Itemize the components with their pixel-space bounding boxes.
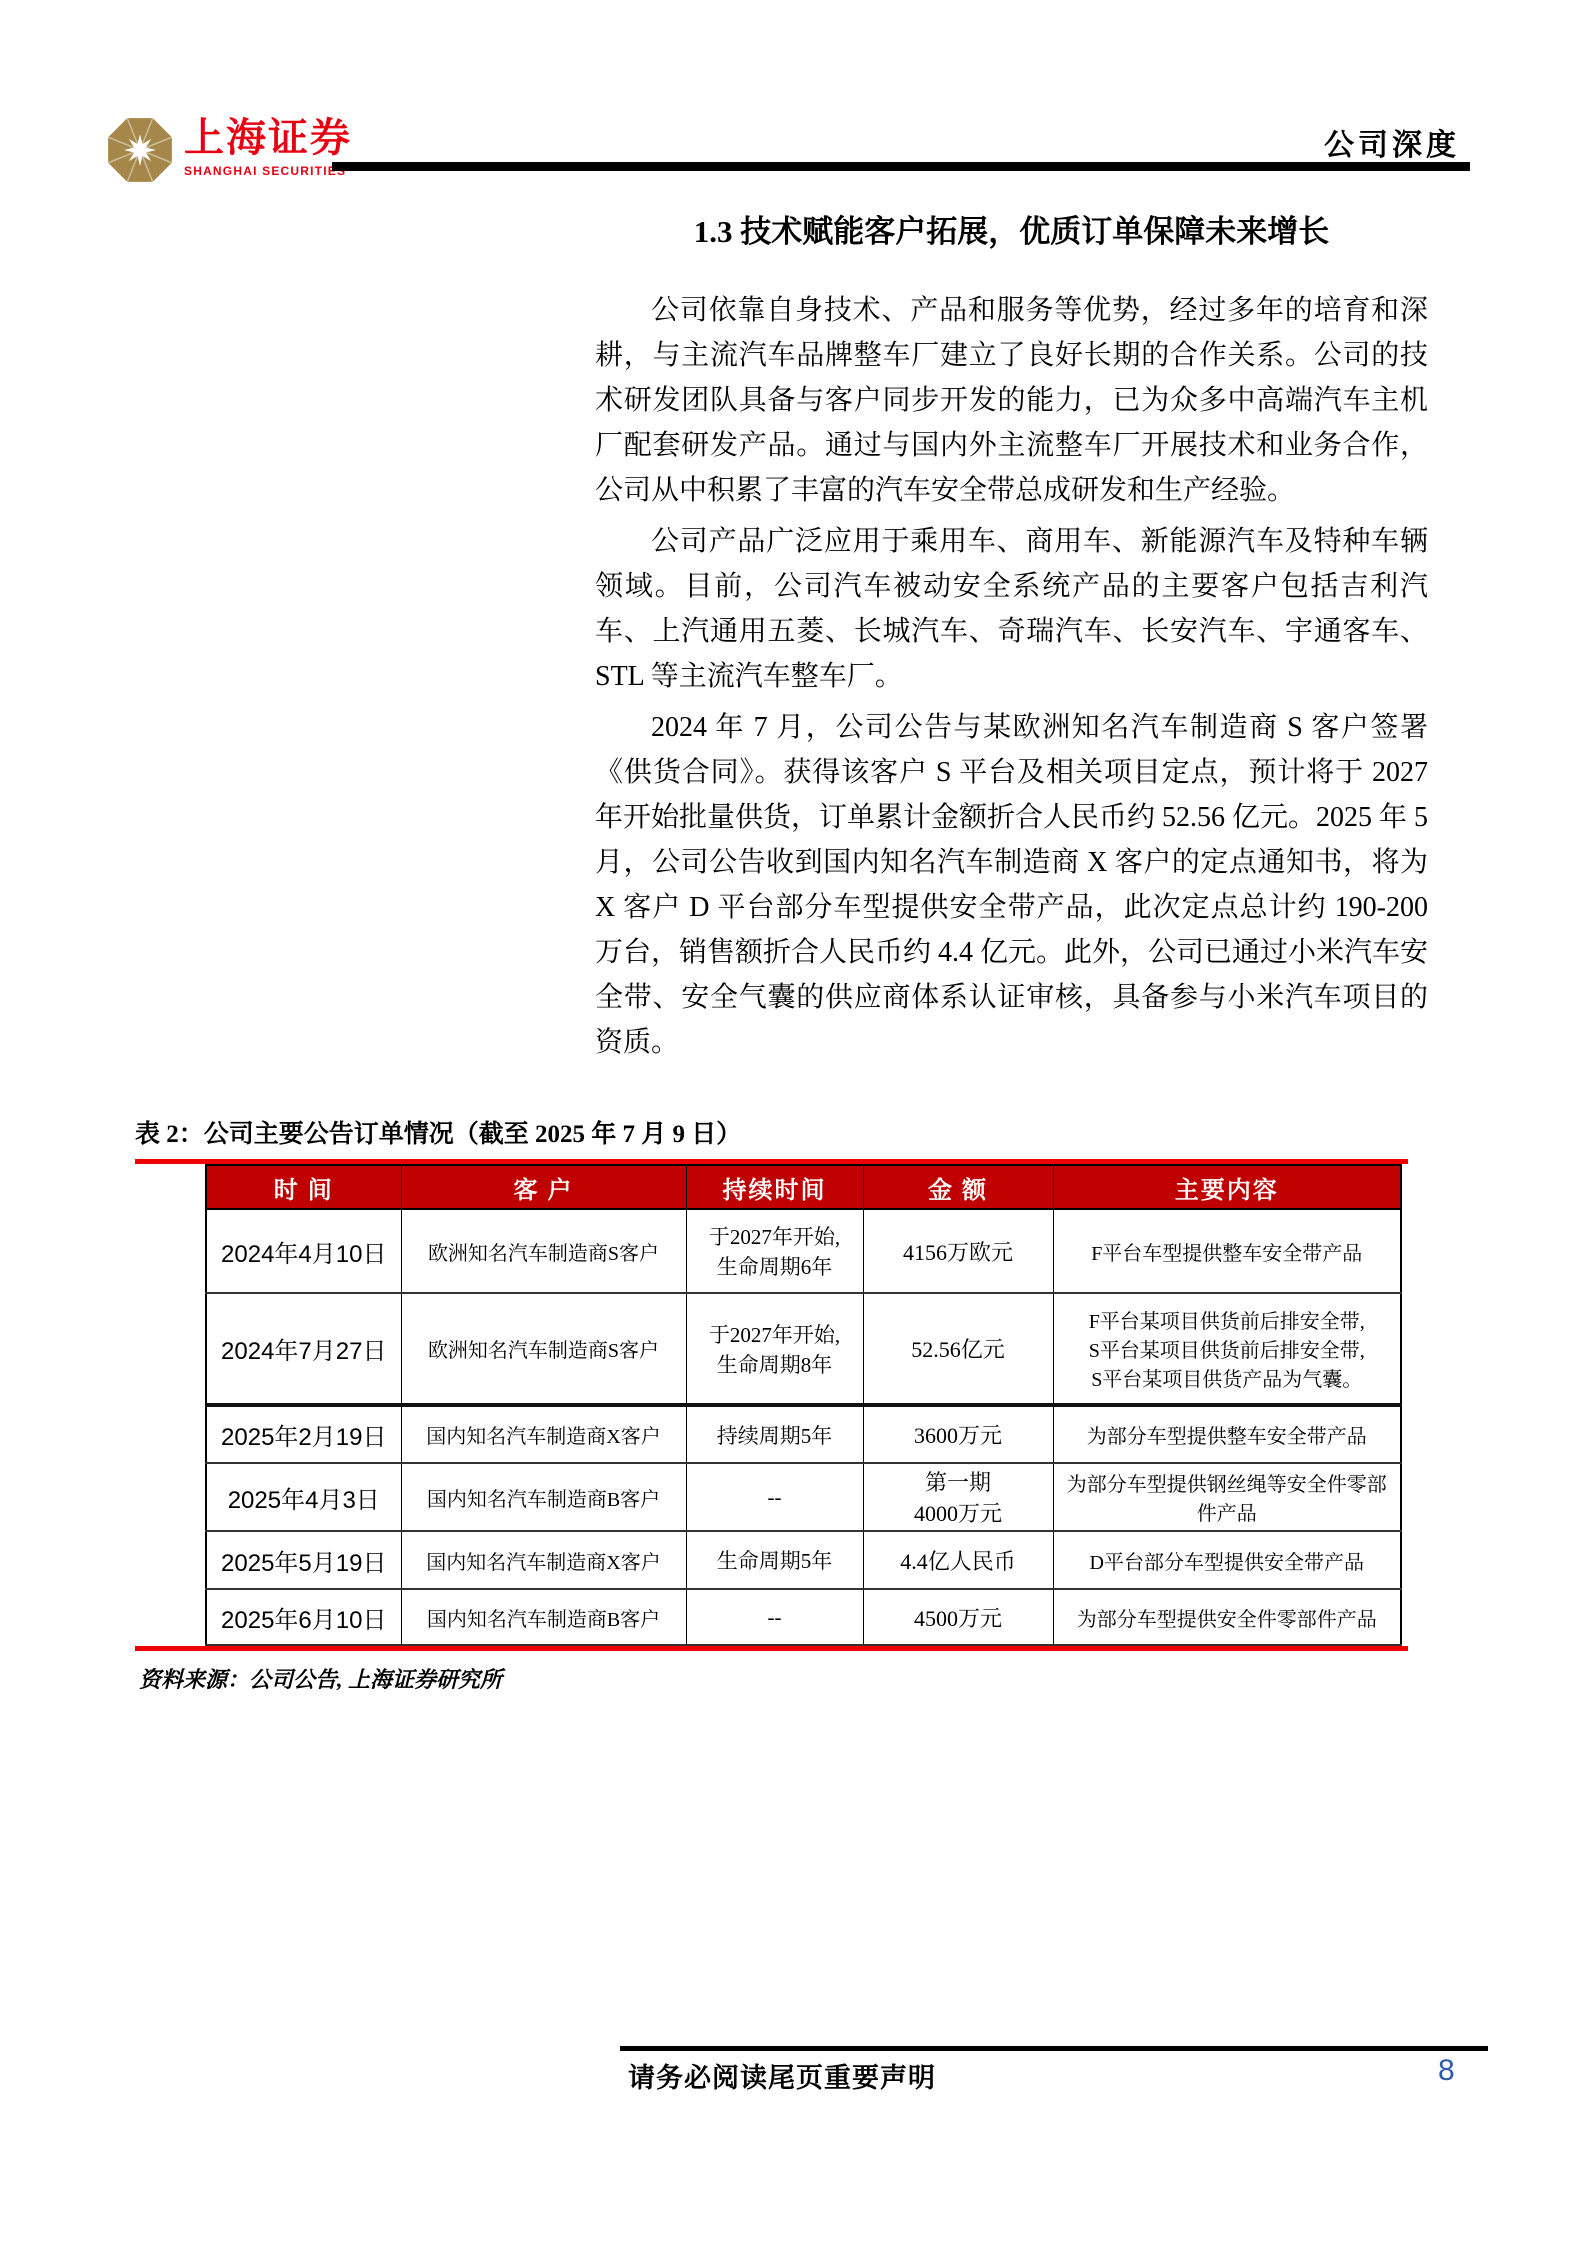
col-header-duration: 持续时间: [686, 1165, 863, 1209]
report-type-label: 公司深度: [1324, 120, 1460, 164]
order-customer: 国内知名汽车制造商X客户: [401, 1531, 686, 1589]
order-customer: 国内知名汽车制造商B客户: [401, 1463, 686, 1531]
order-date: 2025年2月19日: [206, 1405, 401, 1463]
order-duration: 生命周期5年: [686, 1531, 863, 1589]
order-amount: 3600万元: [863, 1405, 1053, 1463]
table-bottom-rule: [135, 1646, 1408, 1651]
col-header-content: 主要内容: [1053, 1165, 1401, 1209]
table-row: 2025年6月10日 国内知名汽车制造商B客户 -- 4500万元 为部分车型提…: [206, 1589, 1401, 1645]
table-row: 2024年4月10日 欧洲知名汽车制造商S客户 于2027年开始, 生命周期6年…: [206, 1209, 1401, 1293]
footer-disclaimer: 请务必阅读尾页重要声明: [628, 2056, 936, 2095]
table-row: 2024年7月27日 欧洲知名汽车制造商S客户 于2027年开始, 生命周期8年…: [206, 1293, 1401, 1405]
paragraph: 2024 年 7 月，公司公告与某欧洲知名汽车制造商 S 客户签署《供货合同》。…: [595, 705, 1428, 1065]
paragraph: 公司依靠自身技术、产品和服务等优势，经过多年的培育和深耕，与主流汽车品牌整车厂建…: [595, 288, 1428, 513]
page-number: 8: [1438, 2054, 1455, 2088]
order-amount: 52.56亿元: [863, 1293, 1053, 1405]
table-header-row: 时 间 客 户 持续时间 金 额 主要内容: [206, 1165, 1401, 1209]
order-amount: 4.4亿人民币: [863, 1531, 1053, 1589]
order-date: 2025年6月10日: [206, 1589, 401, 1645]
order-duration: --: [686, 1589, 863, 1645]
order-content: F平台车型提供整车安全带产品: [1053, 1209, 1401, 1293]
table-caption: 表 2：公司主要公告订单情况（截至 2025 年 7 月 9 日）: [135, 1120, 1408, 1150]
order-content: D平台部分车型提供安全带产品: [1053, 1531, 1401, 1589]
report-page: 上海证券 SHANGHAI SECURITIES 公司深度 1.3 技术赋能客户…: [0, 0, 1588, 2245]
order-content: 为部分车型提供钢丝绳等安全件零部件产品: [1053, 1463, 1401, 1531]
paragraph: 公司产品广泛应用于乘用车、商用车、新能源汽车及特种车辆领域。目前，公司汽车被动安…: [595, 519, 1428, 699]
orders-table-block: 表 2：公司主要公告订单情况（截至 2025 年 7 月 9 日） 时 间 客 …: [135, 1120, 1408, 1694]
order-customer: 国内知名汽车制造商B客户: [401, 1589, 686, 1645]
order-content: 为部分车型提供安全件零部件产品: [1053, 1589, 1401, 1645]
header-divider: [332, 162, 1470, 171]
order-amount: 4156万欧元: [863, 1209, 1053, 1293]
col-header-amount: 金 额: [863, 1165, 1053, 1209]
order-date: 2024年7月27日: [206, 1293, 401, 1405]
order-content: F平台某项目供货前后排安全带, S平台某项目供货前后排安全带, S平台某项目供货…: [1053, 1293, 1401, 1405]
order-date: 2025年4月3日: [206, 1463, 401, 1531]
order-date: 2025年5月19日: [206, 1531, 401, 1589]
order-amount: 4500万元: [863, 1589, 1053, 1645]
order-duration: --: [686, 1463, 863, 1531]
order-customer: 欧洲知名汽车制造商S客户: [401, 1209, 686, 1293]
order-table: 时 间 客 户 持续时间 金 额 主要内容 2024年4月10日 欧洲知名汽车制…: [205, 1164, 1402, 1646]
table-row: 2025年4月3日 国内知名汽车制造商B客户 -- 第一期 4000万元 为部分…: [206, 1463, 1401, 1531]
col-header-time: 时 间: [206, 1165, 401, 1209]
shanghai-securities-logo-icon: [106, 116, 174, 184]
order-duration: 于2027年开始, 生命周期8年: [686, 1293, 863, 1405]
brand-name-cn: 上海证券: [184, 116, 352, 160]
body-column: 1.3 技术赋能客户拓展，优质订单保障未来增长 公司依靠自身技术、产品和服务等优…: [595, 210, 1428, 1065]
brand: 上海证券 SHANGHAI SECURITIES: [106, 116, 352, 184]
footer-divider: [620, 2046, 1488, 2051]
table-row: 2025年2月19日 国内知名汽车制造商X客户 持续周期5年 3600万元 为部…: [206, 1405, 1401, 1463]
order-date: 2024年4月10日: [206, 1209, 401, 1293]
order-customer: 国内知名汽车制造商X客户: [401, 1405, 686, 1463]
order-amount: 第一期 4000万元: [863, 1463, 1053, 1531]
brand-name-en: SHANGHAI SECURITIES: [184, 164, 352, 178]
section-title: 1.3 技术赋能客户拓展，优质订单保障未来增长: [595, 210, 1428, 254]
col-header-customer: 客 户: [401, 1165, 686, 1209]
source-note: 资料来源：公司公告, 上海证券研究所: [139, 1663, 1408, 1694]
order-duration: 持续周期5年: [686, 1405, 863, 1463]
order-content: 为部分车型提供整车安全带产品: [1053, 1405, 1401, 1463]
order-duration: 于2027年开始, 生命周期6年: [686, 1209, 863, 1293]
table-row: 2025年5月19日 国内知名汽车制造商X客户 生命周期5年 4.4亿人民币 D…: [206, 1531, 1401, 1589]
order-customer: 欧洲知名汽车制造商S客户: [401, 1293, 686, 1405]
